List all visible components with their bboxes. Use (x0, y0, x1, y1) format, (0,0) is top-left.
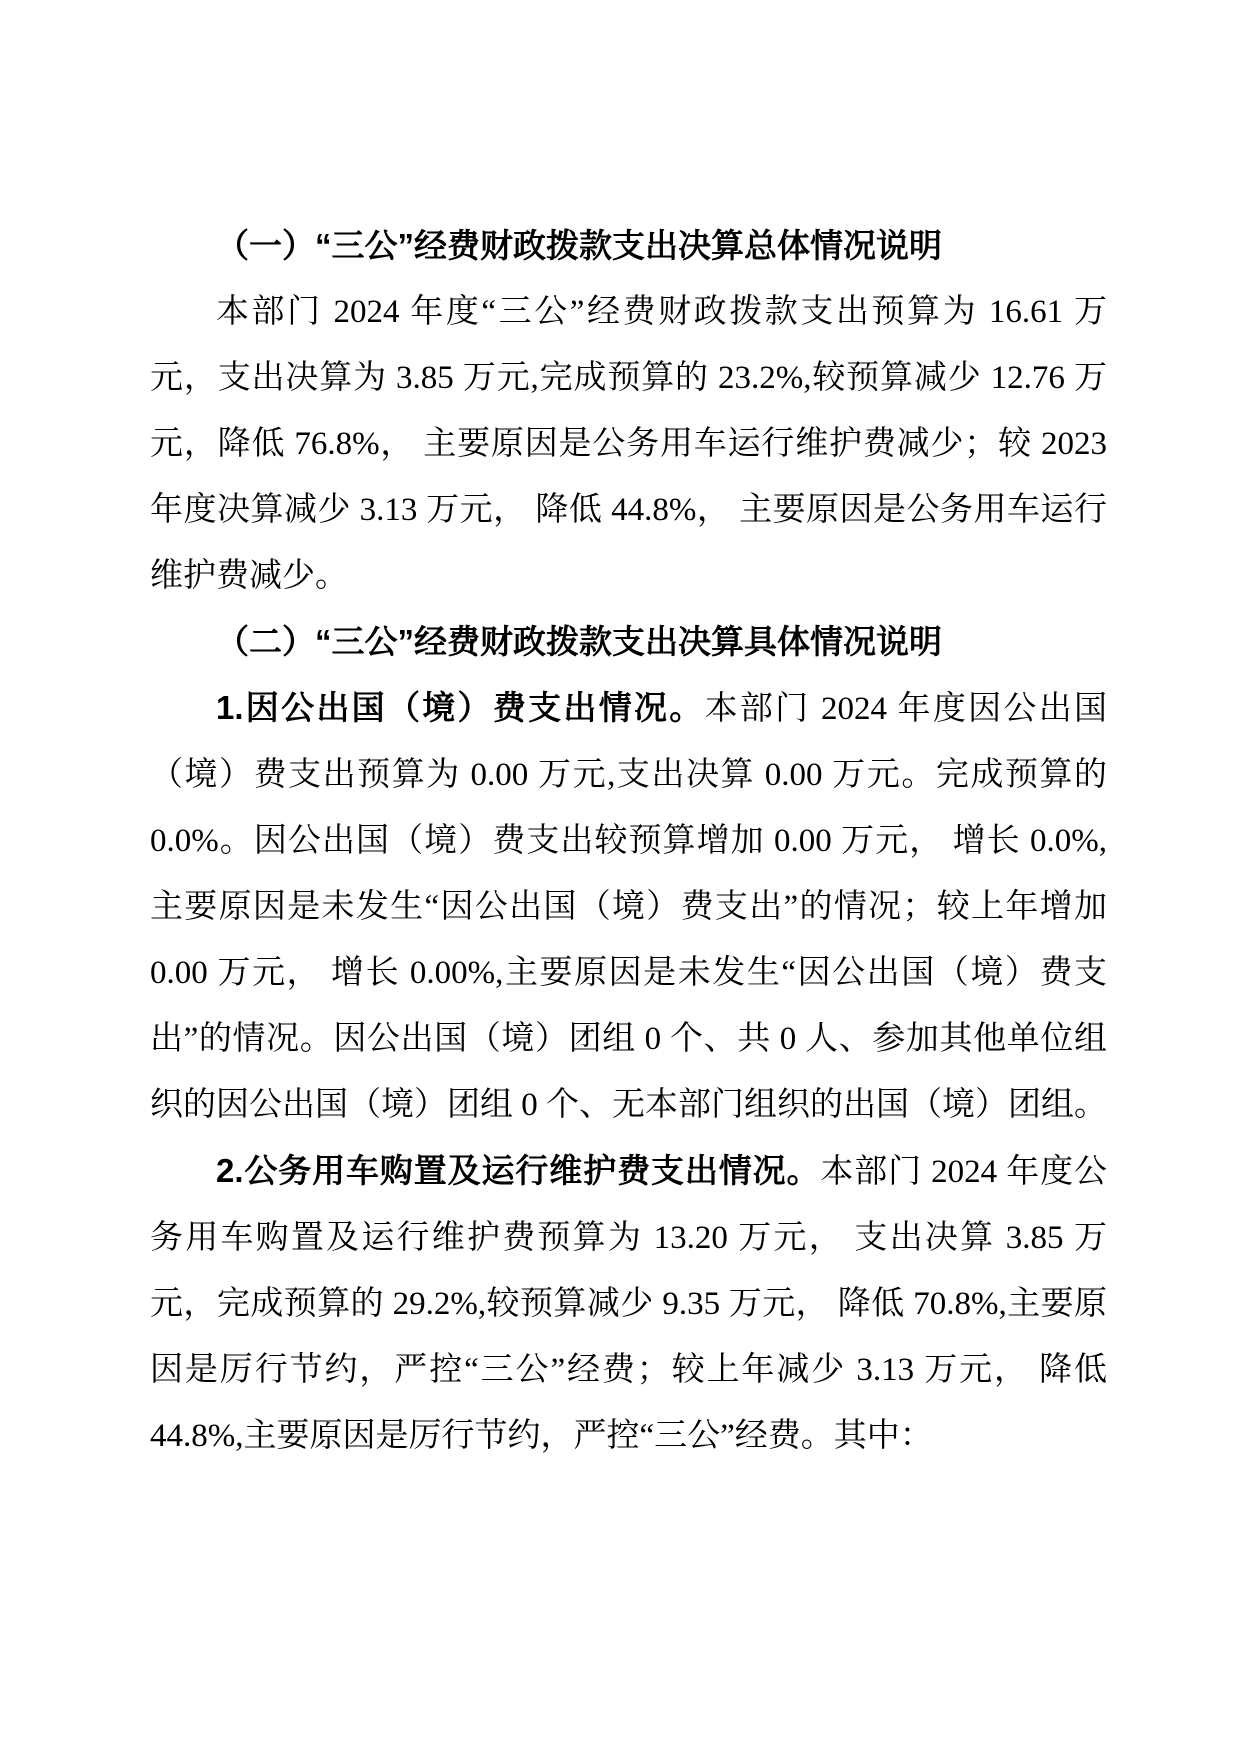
document-page: （一）“三公”经费财政拨款支出决算总体情况说明 本部门 2024 年度“三公”经… (0, 0, 1241, 1754)
paragraph-abroad-expense: 1.因公出国（境）费支出情况。本部门 2024 年度因公出国（境）费支出预算为 … (150, 675, 1107, 1138)
paragraph-text: 本部门 2024 年度因公出国（境）费支出预算为 0.00 万元,支出决算 0.… (150, 691, 1107, 1123)
paragraph-lead: 1.因公出国（境）费支出情况。 (216, 689, 705, 726)
paragraph-text: 本部门 2024 年度公务用车购置及运行维护费预算为 13.20 万元， 支出决… (150, 1154, 1107, 1454)
paragraph-lead: 2.公务用车购置及运行维护费支出情况。 (216, 1152, 820, 1189)
paragraph-overall-situation: 本部门 2024 年度“三公”经费财政拨款支出预算为 16.61 万元，支出决算… (150, 279, 1107, 609)
paragraph-vehicle-expense: 2.公务用车购置及运行维护费支出情况。本部门 2024 年度公务用车购置及运行维… (150, 1138, 1107, 1469)
section-heading-specific: （二）“三公”经费财政拨款支出决算具体情况说明 (150, 609, 1107, 675)
paragraph-text: 本部门 2024 年度“三公”经费财政拨款支出预算为 16.61 万元，支出决算… (150, 294, 1107, 594)
section-heading-overall: （一）“三公”经费财政拨款支出决算总体情况说明 (150, 213, 1107, 279)
